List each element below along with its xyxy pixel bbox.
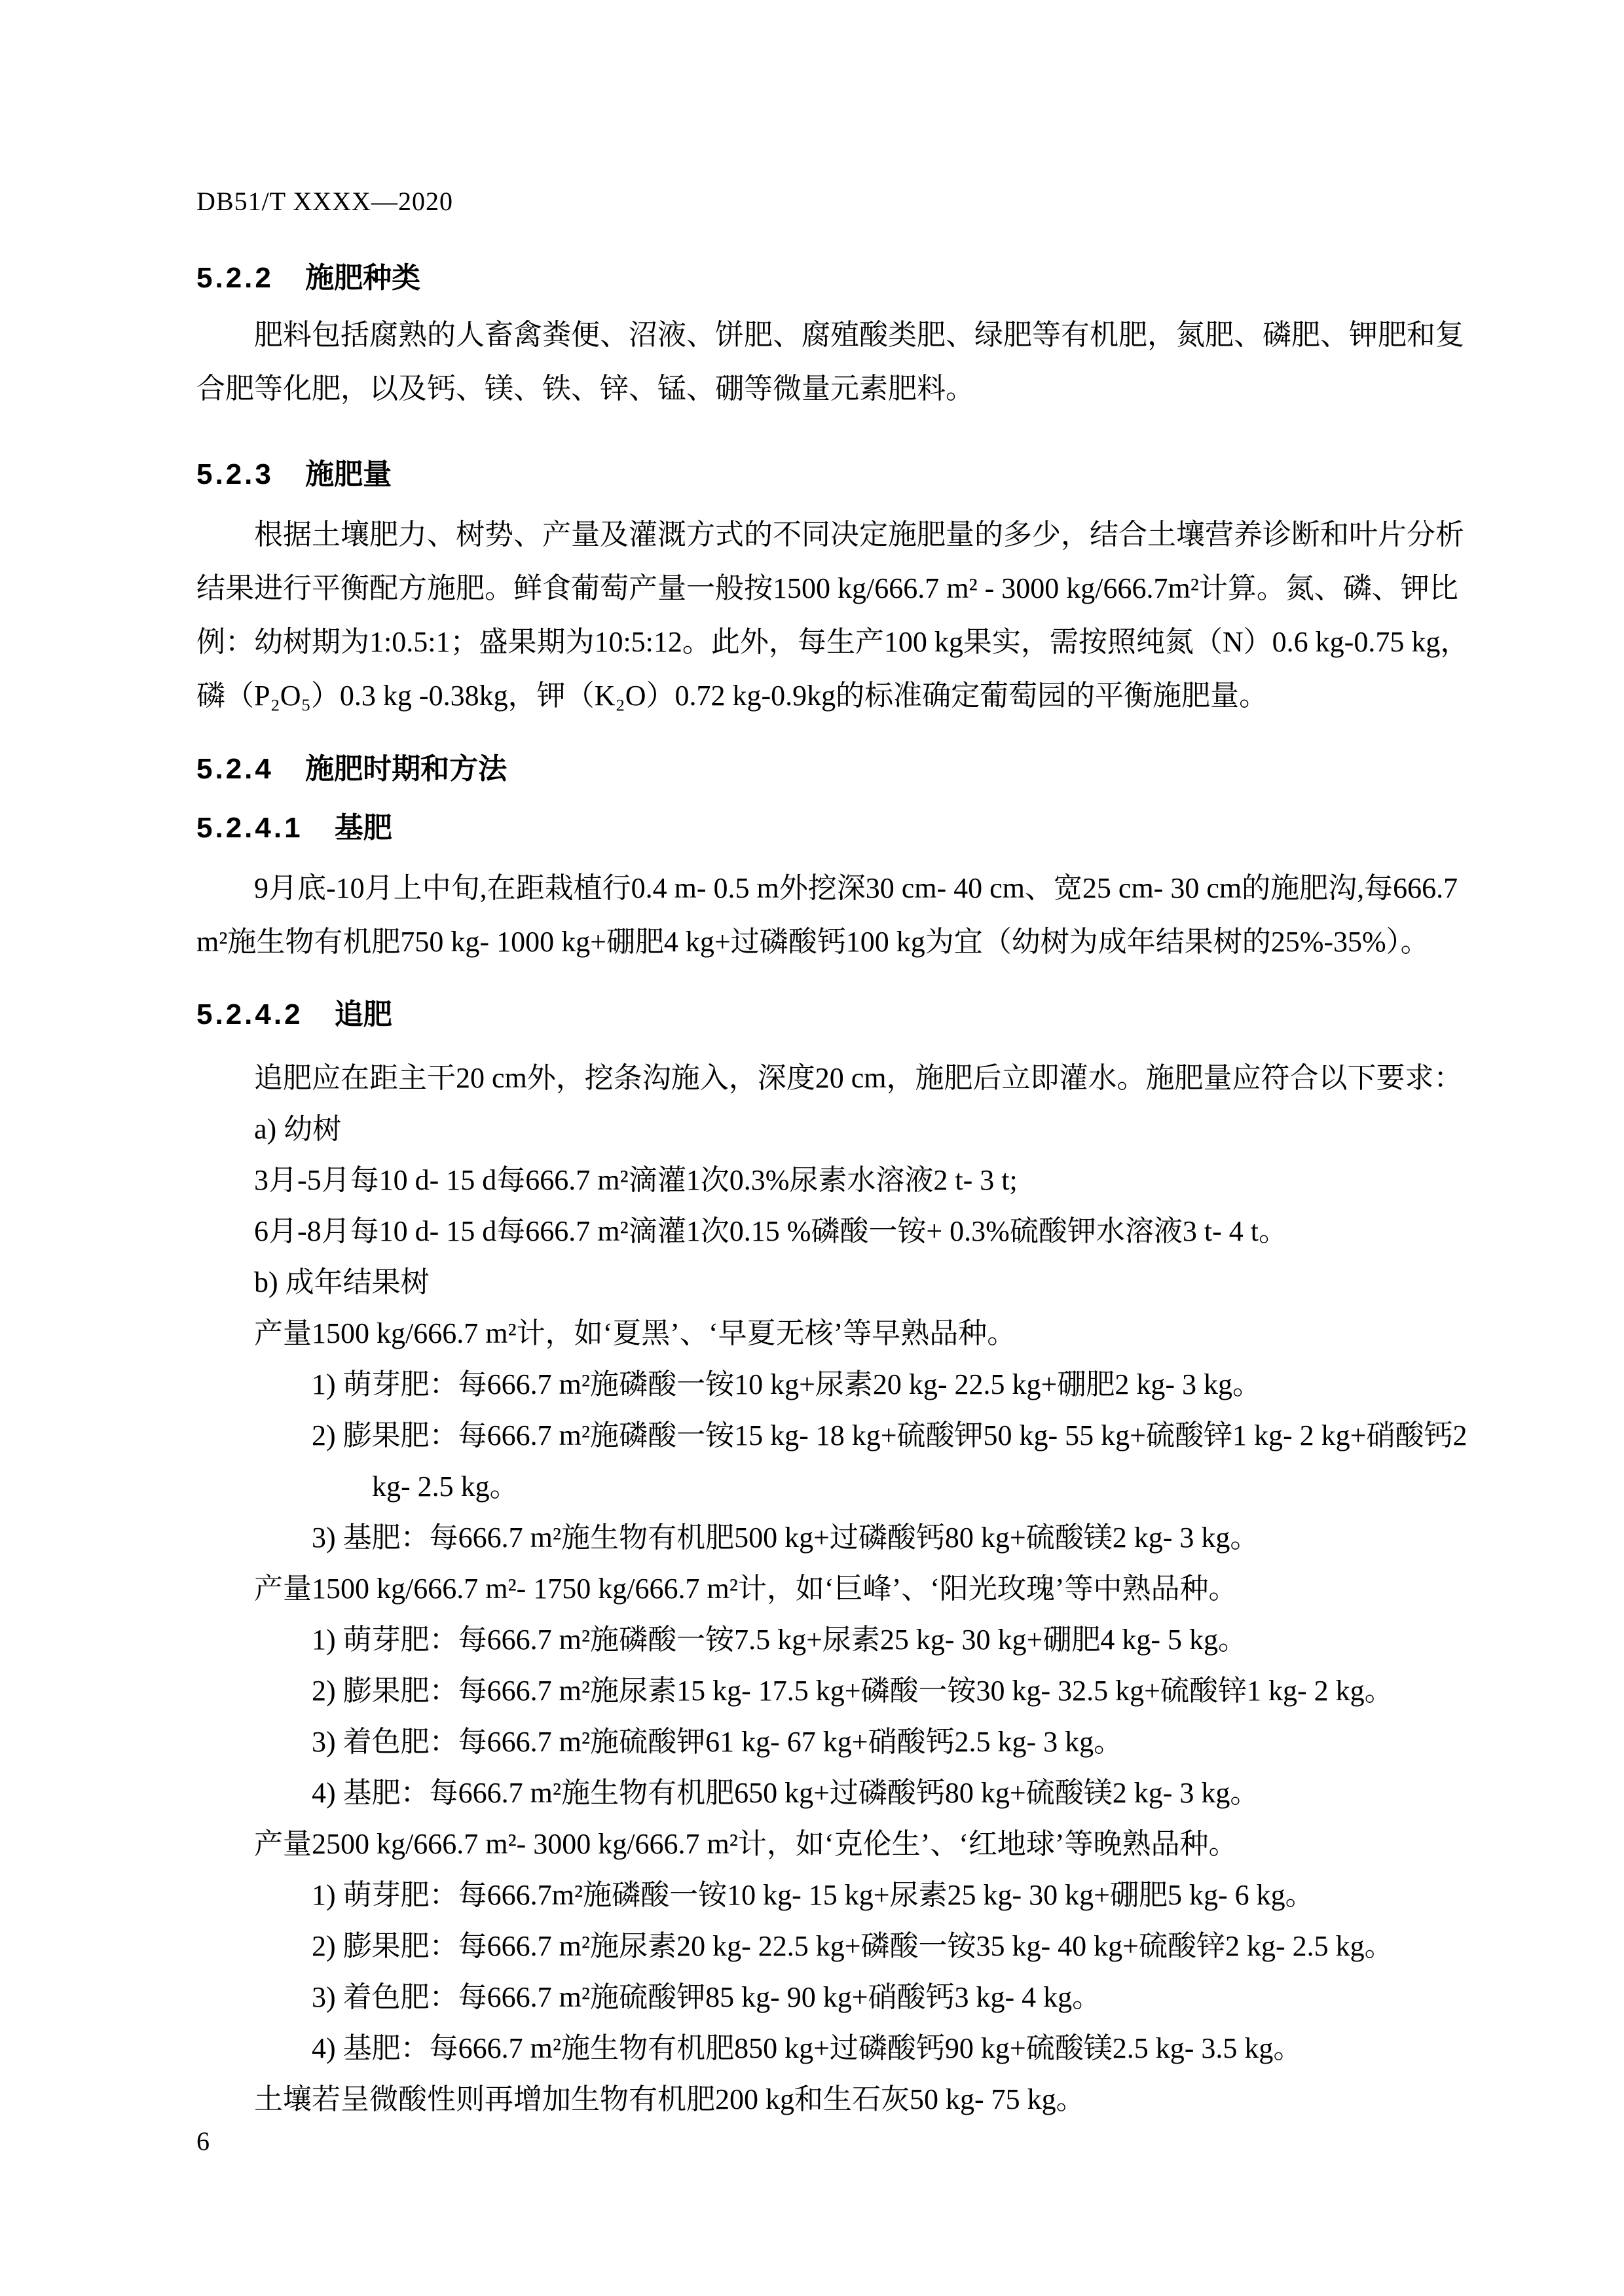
para-line: 磷（P₂O₅）0.3 kg -0.38kg，钾（K₂O）0.72 kg-0.9k… [196, 669, 1449, 723]
young-tree-label: a) 幼树 [196, 1104, 1449, 1155]
mid-item-base: 4) 基肥：每666.7 m²施生物有机肥650 kg+过磷酸钙80 kg+硫酸… [196, 1768, 1449, 1819]
para-line: 例：幼树期为1:0.5:1；盛果期为10:5:12。此外，每生产100 kg果实… [196, 615, 1449, 669]
early-item-base: 3) 基肥：每666.7 m²施生物有机肥500 kg+过磷酸钙80 kg+硫酸… [196, 1512, 1449, 1563]
acidic-soil-note: 土壤若呈微酸性则再增加生物有机肥200 kg和生石灰50 kg- 75 kg。 [196, 2074, 1449, 2125]
mid-item-coloring: 3) 着色肥：每666.7 m²施硫酸钾61 kg- 67 kg+硝酸钙2.5 … [196, 1717, 1449, 1768]
section-heading-5-2-4-2: 5.2.4.2 追肥 [196, 998, 1449, 1031]
early-item-swelling-cont: kg- 2.5 kg。 [196, 1461, 1449, 1512]
section-number: 5.2.2 [196, 262, 274, 295]
late-variety-intro: 产量2500 kg/666.7 m²- 3000 kg/666.7 m²计，如‘… [196, 1819, 1449, 1870]
para-line: 9月底-10月上中旬,在距栽植行0.4 m- 0.5 m外挖深30 cm- 40… [196, 862, 1449, 915]
adult-tree-label: b) 成年结果树 [196, 1257, 1449, 1308]
section-heading-5-2-4: 5.2.4 施肥时期和方法 [196, 753, 1449, 786]
early-variety-intro: 产量1500 kg/666.7 m²计，如‘夏黑’、‘早夏无核’等早熟品种。 [196, 1308, 1449, 1359]
para-line: 肥料包括腐熟的人畜禽粪便、沼液、饼肥、腐殖酸类肥、绿肥等有机肥，氮肥、磷肥、钾肥… [196, 308, 1449, 362]
topdressing-section-body: 追肥应在距主干20 cm外，挖条沟施入，深度20 cm，施肥后立即灌水。施肥量应… [196, 1053, 1449, 2125]
section-number: 5.2.4.1 [196, 812, 303, 845]
para-line: 结果进行平衡配方施肥。鲜食葡萄产量一般按1500 kg/666.7 m² - 3… [196, 562, 1449, 615]
para-base-fertilizer: 9月底-10月上中旬,在距栽植行0.4 m- 0.5 m外挖深30 cm- 40… [196, 862, 1449, 969]
section-heading-5-2-3: 5.2.3 施肥量 [196, 458, 1449, 491]
section-title: 施肥种类 [305, 262, 420, 294]
para-line: m²施生物有机肥750 kg- 1000 kg+硼肥4 kg+过磷酸钙100 k… [196, 915, 1449, 969]
section-title: 基肥 [335, 812, 392, 844]
document-code-header: DB51/T XXXX—2020 [196, 187, 1449, 217]
late-item-coloring: 3) 着色肥：每666.7 m²施硫酸钾85 kg- 90 kg+硝酸钙3 kg… [196, 1972, 1449, 2023]
section-number: 5.2.4.2 [196, 998, 303, 1031]
early-item-sprout: 1) 萌芽肥：每666.7 m²施磷酸一铵10 kg+尿素20 kg- 22.5… [196, 1359, 1449, 1410]
section-title: 施肥量 [305, 458, 392, 490]
para-fertilizer-types: 肥料包括腐熟的人畜禽粪便、沼液、饼肥、腐殖酸类肥、绿肥等有机肥，氮肥、磷肥、钾肥… [196, 308, 1449, 416]
mid-item-sprout: 1) 萌芽肥：每666.7 m²施磷酸一铵7.5 kg+尿素25 kg- 30 … [196, 1614, 1449, 1666]
section-heading-5-2-2: 5.2.2 施肥种类 [196, 262, 1449, 295]
para-fertilizer-amount: 根据土壤肥力、树势、产量及灌溉方式的不同决定施肥量的多少，结合土壤营养诊断和叶片… [196, 508, 1449, 723]
young-tree-rule-spring: 3月-5月每10 d- 15 d每666.7 m²滴灌1次0.3%尿素水溶液2 … [196, 1155, 1449, 1206]
page-content: DB51/T XXXX—2020 5.2.2 施肥种类 肥料包括腐熟的人畜禽粪便… [196, 187, 1449, 2157]
late-item-base: 4) 基肥：每666.7 m²施生物有机肥850 kg+过磷酸钙90 kg+硫酸… [196, 2023, 1449, 2074]
mid-item-swelling: 2) 膨果肥：每666.7 m²施尿素15 kg- 17.5 kg+磷酸一铵30… [196, 1666, 1449, 1717]
document-page: DB51/T XXXX—2020 5.2.2 施肥种类 肥料包括腐熟的人畜禽粪便… [0, 0, 1624, 2296]
section-heading-5-2-4-1: 5.2.4.1 基肥 [196, 812, 1449, 845]
section-title: 施肥时期和方法 [305, 753, 507, 785]
para-line: 根据土壤肥力、树势、产量及灌溉方式的不同决定施肥量的多少，结合土壤营养诊断和叶片… [196, 508, 1449, 562]
late-item-swelling: 2) 膨果肥：每666.7 m²施尿素20 kg- 22.5 kg+磷酸一铵35… [196, 1921, 1449, 1972]
young-tree-rule-summer: 6月-8月每10 d- 15 d每666.7 m²滴灌1次0.15 %磷酸一铵+… [196, 1206, 1449, 1257]
early-item-swelling: 2) 膨果肥：每666.7 m²施磷酸一铵15 kg- 18 kg+硫酸钾50 … [196, 1410, 1449, 1461]
section-number: 5.2.3 [196, 458, 274, 491]
late-item-sprout: 1) 萌芽肥：每666.7m²施磷酸一铵10 kg- 15 kg+尿素25 kg… [196, 1870, 1449, 1921]
section-number: 5.2.4 [196, 753, 274, 786]
topdressing-intro: 追肥应在距主干20 cm外，挖条沟施入，深度20 cm，施肥后立即灌水。施肥量应… [196, 1053, 1449, 1104]
section-title: 追肥 [335, 998, 392, 1030]
page-number: 6 [196, 2126, 1449, 2157]
mid-variety-intro: 产量1500 kg/666.7 m²- 1750 kg/666.7 m²计，如‘… [196, 1563, 1449, 1614]
para-line: 合肥等化肥，以及钙、镁、铁、锌、锰、硼等微量元素肥料。 [196, 362, 1449, 416]
